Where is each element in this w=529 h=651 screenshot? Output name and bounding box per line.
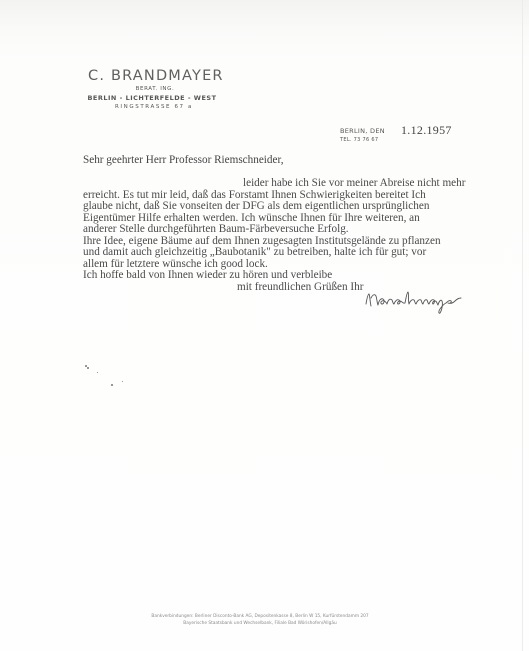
footer-line: Bayerische Staatsbank und Wechselbank, F… [100, 620, 420, 627]
letterhead: C. BRANDMAYER BERAT. ING. BERLIN - LICHT… [70, 68, 230, 110]
sender-city: BERLIN - LICHTERFELDE - WEST [70, 94, 230, 102]
footer-line: Bankverbindungen: Berliner Disconto-Bank… [100, 613, 420, 620]
date-block: BERLIN, DEN 1.12.1957 TEL. 73 76 67 [340, 127, 385, 143]
letter-date: 1.12.1957 [401, 123, 452, 138]
sender-street: RINGSTRASSE 67 a [70, 104, 230, 110]
body-line: Ich hoffe bald von Ihnen wieder zu hören… [83, 270, 503, 282]
salutation: Sehr geehrter Herr Professor Riemschneid… [83, 154, 284, 166]
letter-body: leider habe ich Sie vor meiner Abreise n… [83, 178, 503, 293]
footer-bank-details: Bankverbindungen: Berliner Disconto-Bank… [100, 613, 420, 627]
body-line: anderer Stelle durchgeführten Baum-Färbe… [83, 224, 503, 236]
page-edge [522, 0, 523, 651]
body-line: glaube nicht, daß Sie vonseiten der DFG … [83, 201, 503, 213]
date-label: BERLIN, DEN [340, 127, 385, 135]
body-line: leider habe ich Sie vor meiner Abreise n… [83, 178, 503, 190]
handwritten-signature [362, 286, 472, 316]
sender-name: C. BRANDMAYER [70, 68, 230, 84]
sender-title: BERAT. ING. [70, 86, 230, 92]
signature-icon [362, 286, 472, 316]
letter-page: C. BRANDMAYER BERAT. ING. BERLIN - LICHT… [0, 0, 529, 651]
scan-specks [80, 360, 140, 400]
body-line: und damit auch gleichzeitig „Baubotanik"… [83, 247, 503, 259]
telephone: TEL. 73 76 67 [340, 137, 385, 143]
